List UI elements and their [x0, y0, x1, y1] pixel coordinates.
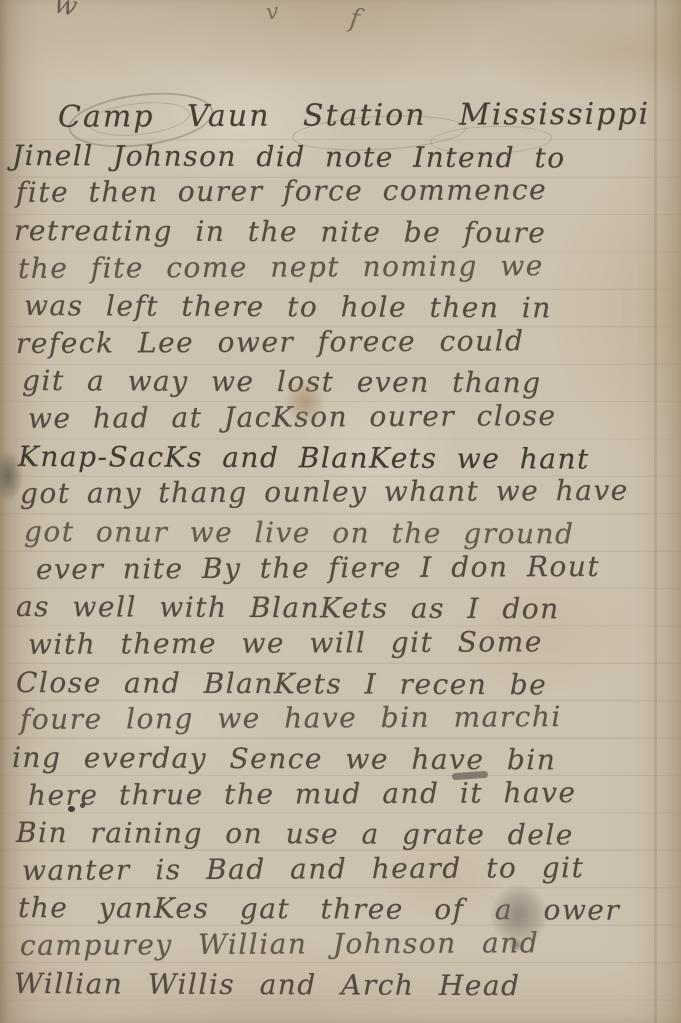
ink-squiggle: f [348, 3, 362, 34]
letter-line: got any thang ounley whant we have [12, 472, 677, 513]
letter-line: foure long we have bin marchi [12, 698, 677, 739]
letter-text: Camp Vaun Station Mississippi Jinell Joh… [12, 99, 677, 1002]
ink-squiggle: w [51, 0, 79, 23]
letter-photo: w v f Camp Vaun Station Mississippi Jine… [0, 0, 681, 1023]
letter-line: we had at JacKson ourer close [12, 397, 677, 438]
letter-line: ever nite By the fiere I don Rout [12, 547, 677, 588]
letter-line: refeck Lee ower forece could [12, 321, 677, 362]
letter-line: the fite come nept noming we [12, 246, 677, 287]
letter-line: here thrue the mud and it have [12, 773, 677, 814]
letter-heading: Camp Vaun Station Mississippi [12, 96, 677, 137]
ink-squiggle: v [265, 0, 280, 26]
letter-line: with theme we will git Some [12, 622, 677, 663]
letter-line: campurey Willian Johnson and [12, 924, 677, 965]
letter-line: wanter is Bad and heard to git [12, 848, 677, 889]
letter-line: fite then ourer force commence [12, 171, 677, 212]
letter-line: Willian Willis and Arch Head [12, 965, 677, 1006]
